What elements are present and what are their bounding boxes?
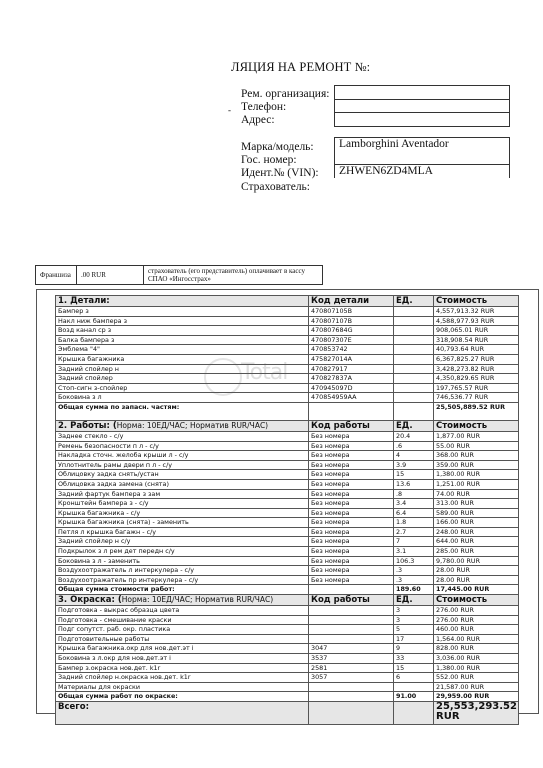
parts-title: 1. Детали: <box>56 296 309 307</box>
works-col-code-header: Код работы <box>309 420 394 431</box>
item-cost: 40,793.64 RUR <box>434 345 519 355</box>
parts-col-cost-header: Стоимость <box>434 296 519 307</box>
item-units: 13.6 <box>394 479 434 489</box>
item-units <box>394 383 434 393</box>
item-name: Ремень безопасности п л - с/у <box>56 441 309 451</box>
paint-title-text: 3. Окраска: ( <box>58 595 122 605</box>
item-cost: 285.00 RUR <box>434 547 519 557</box>
item-name: Бампер з <box>56 307 309 317</box>
item-name: Накладка сточн. желоба крыши л - с/у <box>56 451 309 461</box>
item-units: .8 <box>394 489 434 499</box>
table-row: Боковина з л - заменитьБез номера106.39,… <box>56 556 519 566</box>
repair-org-field[interactable] <box>334 85 510 100</box>
table-row: Подготовка - смешивание краски3276.00 RU… <box>56 615 519 625</box>
table-row: Облицовку задка снять/устанБез номера151… <box>56 470 519 480</box>
item-code: Без номера <box>309 441 394 451</box>
table-row: Накл ниж бампера з470807107B4,588,977.93… <box>56 316 519 326</box>
item-name: Подготовка - выкрас образца цвета <box>56 606 309 616</box>
item-name: Облицовку задка снять/устан <box>56 470 309 480</box>
table-row: Крышка багажника (снята) - заменитьБез н… <box>56 518 519 528</box>
table-row: Задний спойлер н4708279173,428,273.82 RU… <box>56 364 519 374</box>
table-row: Подготовка - выкрас образца цвета3276.00… <box>56 606 519 616</box>
item-code: 470945097D <box>309 383 394 393</box>
item-units <box>394 393 434 403</box>
item-code: Без номера <box>309 537 394 547</box>
item-code <box>309 606 394 616</box>
item-name: Подкрылок з л рем дет передн с/у <box>56 547 309 557</box>
paint-col-code-header: Код работы <box>309 595 394 606</box>
item-name: Воздухоотражатель л интеркулера - с/у <box>56 566 309 576</box>
item-cost: 1,877.00 RUR <box>434 431 519 441</box>
item-name: Заднее стекло - с/у <box>56 431 309 441</box>
item-cost: 552.00 RUR <box>434 673 519 683</box>
item-cost: 276.00 RUR <box>434 606 519 616</box>
item-code: 3057 <box>309 673 394 683</box>
paint-header-row: 3. Окраска: (Норма: 10ЕД/ЧАС; Норматив R… <box>56 595 519 606</box>
table-row: Бампер з.окраска нов.дет. k1r2581151,380… <box>56 663 519 673</box>
plate-label: Гос. номер: <box>241 154 297 166</box>
item-code: 470807107B <box>309 316 394 326</box>
item-cost: 21,587.00 RUR <box>434 682 519 692</box>
item-units: 4 <box>394 451 434 461</box>
franchise-note: страхователь (его представитель) оплачив… <box>144 266 323 285</box>
works-total-row: Общая сумма стоимости работ:189.6017,445… <box>56 585 519 595</box>
table-row: Возд канал ср з470807684G908,065.01 RUR <box>56 326 519 336</box>
item-units: 7 <box>394 537 434 547</box>
vin-field[interactable]: ZHWEN6ZD4MLA <box>334 164 510 178</box>
item-cost: 9,780.00 RUR <box>434 556 519 566</box>
item-name: Бампер з.окраска нов.дет. k1r <box>56 663 309 673</box>
paint-total-label: Общая сумма работ по окраске: <box>56 692 309 702</box>
table-row: Подготовительные работы171,564.00 RUR <box>56 634 519 644</box>
item-name: Стоп-сигн з-спойлер <box>56 383 309 393</box>
item-cost: 4,350,829.65 RUR <box>434 374 519 384</box>
works-norm-text: Норма: 10ЕД/ЧАС; Норматив RUR/ЧАС) <box>117 421 268 430</box>
item-units <box>394 335 434 345</box>
item-cost: 3,036.00 RUR <box>434 654 519 664</box>
item-cost: 248.00 RUR <box>434 527 519 537</box>
item-code: 470827917 <box>309 364 394 374</box>
table-row: Балка бампера з470807307E318,908.54 RUR <box>56 335 519 345</box>
item-cost: 644.00 RUR <box>434 537 519 547</box>
item-code: Без номера <box>309 547 394 557</box>
table-row: Боковина з л470854959AA746,536.77 RUR <box>56 393 519 403</box>
paint-total-cost: 29,959.00 RUR <box>434 692 519 702</box>
paint-total-row: Общая сумма работ по окраске:91.0029,959… <box>56 692 519 702</box>
item-units: .3 <box>394 575 434 585</box>
item-name: Материалы для окраски <box>56 682 309 692</box>
parts-total-row: Общая сумма по запасн. частям:25,505,889… <box>56 402 519 420</box>
vin-label: Идент.№ (VIN): <box>241 167 319 179</box>
item-name: Воздухоотражатель пр интеркулера - с/у <box>56 575 309 585</box>
item-code <box>309 634 394 644</box>
table-row: Задний спойлер470827837A4,350,829.65 RUR <box>56 374 519 384</box>
paint-col-units-header: ЕД. <box>394 595 434 606</box>
item-cost: 28.00 RUR <box>434 566 519 576</box>
item-units: 9 <box>394 644 434 654</box>
item-name: Задний спойлер <box>56 374 309 384</box>
item-code: Без номера <box>309 566 394 576</box>
item-code: 3047 <box>309 644 394 654</box>
item-cost: 1,380.00 RUR <box>434 470 519 480</box>
item-name: Подг сопутст. раб. окр. пластика <box>56 625 309 635</box>
item-code: 470807684G <box>309 326 394 336</box>
item-name: Задний спойлер н <box>56 364 309 374</box>
works-total-code <box>309 585 394 595</box>
item-code <box>309 625 394 635</box>
item-cost: 166.00 RUR <box>434 518 519 528</box>
item-name: Уплотнитель рамы двери п л - с/у <box>56 460 309 470</box>
item-name: Боковина з л <box>56 393 309 403</box>
item-name: Возд канал ср з <box>56 326 309 336</box>
address-label: Адрес: <box>241 114 275 126</box>
table-row: Эмблема "4"47085374240,793.64 RUR <box>56 345 519 355</box>
works-col-cost-header: Стоимость <box>434 420 519 431</box>
paint-total-units: 91.00 <box>394 692 434 702</box>
item-units: 2.7 <box>394 527 434 537</box>
item-units <box>394 316 434 326</box>
item-name: Крышка багажника - с/у <box>56 508 309 518</box>
table-row: Задний фартук бампера з замБез номера.87… <box>56 489 519 499</box>
franchise-table: Франшиза .00 RUR страхователь (его предс… <box>35 265 323 285</box>
item-cost: 313.00 RUR <box>434 499 519 509</box>
item-name: Облицовка задка замена (снята) <box>56 479 309 489</box>
item-units: 15 <box>394 663 434 673</box>
item-units <box>394 364 434 374</box>
item-cost: 318,908.54 RUR <box>434 335 519 345</box>
item-code: 470853742 <box>309 345 394 355</box>
item-units <box>394 307 434 317</box>
document-title: ЛЯЦИЯ НА РЕМОНТ №: <box>231 60 370 75</box>
item-cost: 28.00 RUR <box>434 575 519 585</box>
item-units <box>394 682 434 692</box>
item-name: Боковина з л - заменить <box>56 556 309 566</box>
table-row: Воздухоотражатель пр интеркулера - с/уБе… <box>56 575 519 585</box>
item-code: Без номера <box>309 508 394 518</box>
table-row: Ремень безопасности п л - с/уБез номера.… <box>56 441 519 451</box>
parts-total-code <box>309 402 394 420</box>
works-col-units-header: ЕД. <box>394 420 434 431</box>
grand-total-code <box>309 701 394 724</box>
grand-total-label: Всего: <box>56 701 309 724</box>
grand-total-units <box>394 701 434 724</box>
item-name: Эмблема "4" <box>56 345 309 355</box>
item-code: Без номера <box>309 527 394 537</box>
works-title: 2. Работы: (Норма: 10ЕД/ЧАС; Норматив RU… <box>56 420 309 431</box>
item-name: Крышка багажника (снята) - заменить <box>56 518 309 528</box>
paint-col-cost-header: Стоимость <box>434 595 519 606</box>
item-code: Без номера <box>309 460 394 470</box>
item-units <box>394 326 434 336</box>
item-units: 1.8 <box>394 518 434 528</box>
item-code: Без номера <box>309 518 394 528</box>
item-code: 470807307E <box>309 335 394 345</box>
franchise-label: Франшиза <box>36 266 77 285</box>
item-code <box>309 682 394 692</box>
phone-label: Телефон: <box>241 101 286 113</box>
item-code: Без номера <box>309 470 394 480</box>
item-units: 17 <box>394 634 434 644</box>
item-code: 470807105B <box>309 307 394 317</box>
table-row: Бампер з470807105B4,557,913.32 RUR <box>56 307 519 317</box>
item-cost: 6,367,825.27 RUR <box>434 354 519 364</box>
item-code: 470827837A <box>309 374 394 384</box>
table-row: Накладка сточн. желоба крыши л - с/уБез … <box>56 451 519 461</box>
item-name: Кронштейн бампера з - с/у <box>56 499 309 509</box>
item-code: Без номера <box>309 489 394 499</box>
item-code: Без номера <box>309 556 394 566</box>
address-field[interactable] <box>334 112 510 127</box>
paint-title: 3. Окраска: (Норма: 10ЕД/ЧАС; Норматив R… <box>56 595 309 606</box>
item-cost: 1,251.00 RUR <box>434 479 519 489</box>
table-row: Крышка багажника - с/уБез номера6.4589.0… <box>56 508 519 518</box>
works-total-label: Общая сумма стоимости работ: <box>56 585 309 595</box>
works-header-row: 2. Работы: (Норма: 10ЕД/ЧАС; Норматив RU… <box>56 420 519 431</box>
item-name: Подготовительные работы <box>56 634 309 644</box>
table-row: Крышка багажника475827014A6,367,825.27 R… <box>56 354 519 364</box>
item-name: Подготовка - смешивание краски <box>56 615 309 625</box>
item-code: 3537 <box>309 654 394 664</box>
item-name: Задний спойлер н с/у <box>56 537 309 547</box>
paint-total-code <box>309 692 394 702</box>
item-code: 470854959AA <box>309 393 394 403</box>
item-units <box>394 374 434 384</box>
parts-total-cost: 25,505,889.52 RUR <box>434 402 519 420</box>
plate-field[interactable] <box>334 151 510 165</box>
works-total-units: 189.60 <box>394 585 434 595</box>
paint-norm-text: Норма: 10ЕД/ЧАС; Норматив RUR/ЧАС) <box>122 595 273 604</box>
item-units: .6 <box>394 441 434 451</box>
table-row: Облицовка задка замена (снята)Без номера… <box>56 479 519 489</box>
make-model-label: Марка/модель: <box>241 141 314 153</box>
item-cost: 197,765.57 RUR <box>434 383 519 393</box>
item-units: 6 <box>394 673 434 683</box>
item-name: Балка бампера з <box>56 335 309 345</box>
item-code: Без номера <box>309 451 394 461</box>
item-cost: 74.00 RUR <box>434 489 519 499</box>
item-name: Боковина з л.окр для нов.дет.эт i <box>56 654 309 664</box>
item-cost: 276.00 RUR <box>434 615 519 625</box>
item-cost: 1,564.00 RUR <box>434 634 519 644</box>
item-units: 3.9 <box>394 460 434 470</box>
item-units: 3 <box>394 606 434 616</box>
repair-org-label: Рем. организация: <box>241 88 329 100</box>
table-row: Подг сопутст. раб. окр. пластика5460.00 … <box>56 625 519 635</box>
item-units: 20.4 <box>394 431 434 441</box>
table-row: Боковина з л.окр для нов.дет.эт i3537333… <box>56 654 519 664</box>
item-cost: 746,536.77 RUR <box>434 393 519 403</box>
item-cost: 359.00 RUR <box>434 460 519 470</box>
make-model-field[interactable]: Lamborghini Aventador <box>334 137 510 152</box>
item-cost: 460.00 RUR <box>434 625 519 635</box>
item-cost: 589.00 RUR <box>434 508 519 518</box>
table-row: Крышка багажника.окр для нов.дет.эт i304… <box>56 644 519 654</box>
item-units: 6.4 <box>394 508 434 518</box>
item-cost: 4,588,977.93 RUR <box>434 316 519 326</box>
table-row: Заднее стекло - с/уБез номера20.41,877.0… <box>56 431 519 441</box>
item-name: Задний спойлер н.окраска нов.дет. k1r <box>56 673 309 683</box>
table-row: Подкрылок з л рем дет передн с/уБез номе… <box>56 547 519 557</box>
parts-total-label: Общая сумма по запасн. частям: <box>56 402 309 420</box>
item-name: Крышка багажника <box>56 354 309 364</box>
item-name: Петля л крышка багажн - с/у <box>56 527 309 537</box>
parts-col-code-header: Код детали <box>309 296 394 307</box>
table-row: Воздухоотражатель л интеркулера - с/уБез… <box>56 566 519 576</box>
item-name: Крышка багажника.окр для нов.дет.эт i <box>56 644 309 654</box>
item-units <box>394 345 434 355</box>
item-code: 475827014A <box>309 354 394 364</box>
table-row: Петля л крышка багажн - с/уБез номера2.7… <box>56 527 519 537</box>
item-units: 3.4 <box>394 499 434 509</box>
works-title-text: 2. Работы: ( <box>58 421 117 431</box>
item-cost: 908,065.01 RUR <box>434 326 519 336</box>
franchise-value: .00 RUR <box>77 266 144 285</box>
parts-col-units-header: ЕД. <box>394 296 434 307</box>
item-cost: 1,380.00 RUR <box>434 663 519 673</box>
estimate-table: 1. Детали:Код деталиЕД.СтоимостьБампер з… <box>55 295 519 725</box>
table-row: Задний спойлер н.окраска нов.дет. k1r305… <box>56 673 519 683</box>
works-total-cost: 17,445.00 RUR <box>434 585 519 595</box>
item-units: .3 <box>394 566 434 576</box>
item-code: Без номера <box>309 479 394 489</box>
parts-header-row: 1. Детали:Код деталиЕД.Стоимость <box>56 296 519 307</box>
table-row: Кронштейн бампера з - с/уБез номера3.431… <box>56 499 519 509</box>
item-name: Накл ниж бампера з <box>56 316 309 326</box>
item-units: 3.1 <box>394 547 434 557</box>
item-name: Задний фартук бампера з зам <box>56 489 309 499</box>
dash-mark: - <box>228 105 231 115</box>
table-row: Стоп-сигн з-спойлер470945097D197,765.57 … <box>56 383 519 393</box>
grand-total-row: Всего:25,553,293.52 RUR <box>56 701 519 724</box>
item-units: 106.3 <box>394 556 434 566</box>
item-code: 2581 <box>309 663 394 673</box>
table-row: Уплотнитель рамы двери п л - с/уБез номе… <box>56 460 519 470</box>
item-code: Без номера <box>309 431 394 441</box>
table-row: Задний спойлер н с/уБез номера7644.00 RU… <box>56 537 519 547</box>
item-cost: 4,557,913.32 RUR <box>434 307 519 317</box>
item-units: 3 <box>394 615 434 625</box>
table-row: Материалы для окраски21,587.00 RUR <box>56 682 519 692</box>
item-code: Без номера <box>309 499 394 509</box>
item-units: 33 <box>394 654 434 664</box>
insurer-label: Страхователь: <box>241 181 310 193</box>
item-units: 15 <box>394 470 434 480</box>
item-cost: 55.00 RUR <box>434 441 519 451</box>
item-cost: 3,428,273.82 RUR <box>434 364 519 374</box>
item-code: Без номера <box>309 575 394 585</box>
item-cost: 828.00 RUR <box>434 644 519 654</box>
grand-total-cost: 25,553,293.52 RUR <box>434 701 519 724</box>
item-units <box>394 354 434 364</box>
item-cost: 368.00 RUR <box>434 451 519 461</box>
parts-total-units <box>394 402 434 420</box>
item-code <box>309 615 394 625</box>
item-units: 5 <box>394 625 434 635</box>
